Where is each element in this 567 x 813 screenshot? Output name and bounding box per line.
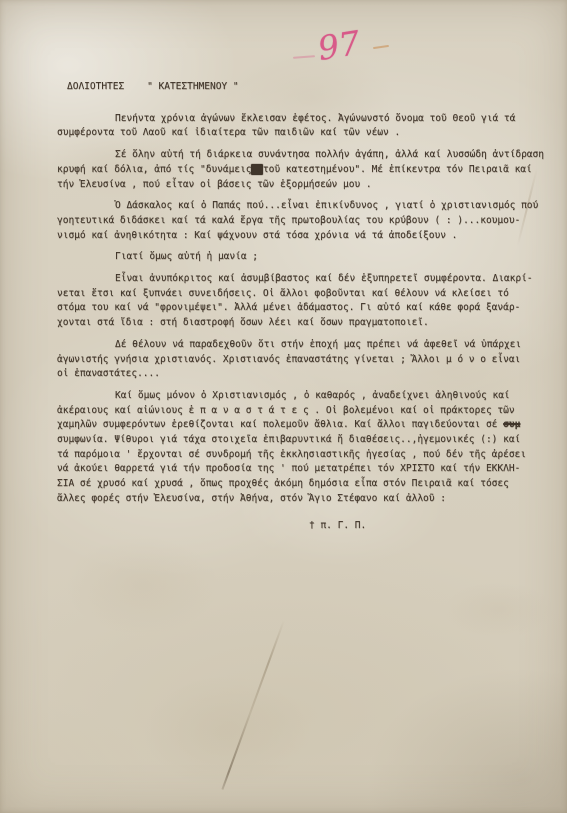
text-segment: ἀκέραιους καί αἰώνιους ἐ π α ν α σ τ ά τ…	[57, 405, 515, 416]
document-title: ΔΟΛΙΟΤΗΤΕΣ " ΚΑΤΕΣΤΗΜΕΝΟΥ "	[57, 80, 549, 95]
text-segment: οἱ ἐπαναστάτες....	[57, 368, 160, 379]
paragraph: Ὁ Δάσκαλος καί ὁ Παπάς πού...εἶναι ἐπικί…	[57, 199, 549, 243]
text-line: Καί ὅμως μόνον ὁ Χριστιανισμός , ὁ καθαρ…	[57, 389, 549, 404]
text-line: Γιατί ὅμως αὐτή ἡ μανία ;	[57, 250, 549, 265]
text-segment: ἀγωνιστής γνήσια χριστιανός. Χριστιανός …	[57, 354, 520, 365]
typewritten-text-block: ΔΟΛΙΟΤΗΤΕΣ " ΚΑΤΕΣΤΗΜΕΝΟΥ " Πενήντα χρόν…	[57, 80, 549, 533]
text-segment: Σέ ὅλην αὐτή τή διάρκεια συνάντησα πολλή…	[115, 149, 544, 160]
paragraph: Γιατί ὅμως αὐτή ἡ μανία ;	[57, 250, 549, 265]
text-segment: στόμα του καί νά "φρονιμέψει". Ἀλλά μένε…	[57, 302, 520, 313]
text-segment: γοητευτικά διδάσκει καί τά καλά ἔργα τῆς…	[57, 215, 520, 226]
text-line: χονται στά ἴδια : στή διαστροφή ὅσων λέε…	[57, 316, 549, 331]
text-line: Πενήντα χρόνια ἀγώνων ἔκλεισαν ἐφέτος. Ἀ…	[57, 112, 549, 127]
text-line: χαμηλῶν συμφερόντων ἐρεθίζονται καί πολε…	[57, 418, 549, 433]
text-segment: Γιατί ὅμως αὐτή ἡ μανία ;	[115, 251, 258, 262]
text-segment: τήν Ἐλευσίνα , πού εἶταν οἱ βάσεις τῶν ἐ…	[57, 179, 372, 190]
corrected-text-segment: συμ	[503, 419, 520, 430]
text-segment: ΣΙΑ σέ χρυσό καί χρυσά , ὅπως προχθές ἀκ…	[57, 478, 509, 489]
text-segment: Καί ὅμως μόνον ὁ Χριστιανισμός , ὁ καθαρ…	[115, 390, 510, 401]
text-segment: συμφέροντα τοῦ Λαοῦ καί ἰδιαίτερα τῶν πα…	[57, 127, 400, 138]
text-segment: τά παρόμοια ' ἔρχονται σέ συνδρομή τῆς ἐ…	[57, 449, 526, 460]
text-line: Δέ θέλουν νά παραδεχθοῦν ὅτι στήν ἐποχή …	[57, 338, 549, 353]
paragraph: Εἶναι ἀνυπόκριτος καί ἀσυμβίβαστος καί δ…	[57, 272, 549, 331]
text-line: συμφωνία. Ψίθυροι γιά τάχα στοιχεῖα ἐπιβ…	[57, 433, 549, 448]
corrected-text-segment	[251, 164, 262, 175]
paragraph: Σέ ὅλην αὐτή τή διάρκεια συνάντησα πολλή…	[57, 148, 549, 192]
text-line: στόμα του καί νά "φρονιμέψει". Ἀλλά μένε…	[57, 301, 549, 316]
text-segment: Ὁ Δάσκαλος καί ὁ Παπάς πού...εἶναι ἐπικί…	[115, 200, 538, 211]
document-body: Πενήντα χρόνια ἀγώνων ἔκλεισαν ἐφέτος. Ἀ…	[57, 112, 549, 507]
text-segment: ἄλλες φορές στήν Ἐλευσίνα, στήν Ἀθήνα, σ…	[57, 493, 446, 504]
text-line: Εἶναι ἀνυπόκριτος καί ἀσυμβίβαστος καί δ…	[57, 272, 549, 287]
text-line: Σέ ὅλην αὐτή τή διάρκεια συνάντησα πολλή…	[57, 148, 549, 163]
text-line: ἀκέραιους καί αἰώνιους ἐ π α ν α σ τ ά τ…	[57, 404, 549, 419]
text-segment: νισμό καί ἀνηθικότητα : Καί ψάχνουν στά …	[57, 230, 457, 241]
text-segment: συμφωνία. Ψίθυροι γιά τάχα στοιχεῖα ἐπιβ…	[57, 434, 520, 445]
text-line: ἄλλες φορές στήν Ἐλευσίνα, στήν Ἀθήνα, σ…	[57, 492, 549, 507]
text-segment: κρυφή καί δόλια, ἀπό τίς "δυνάμεις	[57, 164, 251, 175]
text-line: νισμό καί ἀνηθικότητα : Καί ψάχνουν στά …	[57, 229, 549, 244]
text-line: κρυφή καί δόλια, ἀπό τίς "δυνάμεις τοῦ κ…	[57, 163, 549, 178]
scanned-document-page: 97 ΔΟΛΙΟΤΗΤΕΣ " ΚΑΤΕΣΤΗΜΕΝΟΥ " Πενήντα χ…	[0, 0, 567, 813]
paragraph: Δέ θέλουν νά παραδεχθοῦν ὅτι στήν ἐποχή …	[57, 338, 549, 382]
annotation-dash-right	[373, 45, 389, 49]
paragraph: Πενήντα χρόνια ἀγώνων ἔκλεισαν ἐφέτος. Ἀ…	[57, 112, 549, 141]
paragraph: Καί ὅμως μόνον ὁ Χριστιανισμός , ὁ καθαρ…	[57, 389, 549, 507]
text-segment: χονται στά ἴδια : στή διαστροφή ὅσων λέε…	[57, 317, 429, 328]
paper-crease-bottom	[221, 620, 284, 790]
text-line: οἱ ἐπαναστάτες....	[57, 367, 549, 382]
text-line: συμφέροντα τοῦ Λαοῦ καί ἰδιαίτερα τῶν πα…	[57, 126, 549, 141]
text-line: νά ἀκούει θαρρετά γιά τήν προδοσία της '…	[57, 462, 549, 477]
text-segment: Πενήντα χρόνια ἀγώνων ἔκλεισαν ἐφέτος. Ἀ…	[115, 113, 515, 124]
text-line: ΣΙΑ σέ χρυσό καί χρυσά , ὅπως προχθές ἀκ…	[57, 477, 549, 492]
text-segment: Εἶναι ἀνυπόκριτος καί ἀσυμβίβαστος καί δ…	[115, 273, 533, 284]
text-segment: χαμηλῶν συμφερόντων ἐρεθίζονται καί πολε…	[57, 419, 503, 430]
text-line: τά παρόμοια ' ἔρχονται σέ συνδρομή τῆς ἐ…	[57, 448, 549, 463]
text-segment: νεται ἔτσι καί ξυπνάει συνειδήσεις. Οἱ ἄ…	[57, 288, 509, 299]
text-line: ἀγωνιστής γνήσια χριστιανός. Χριστιανός …	[57, 353, 549, 368]
annotation-dash-left	[293, 55, 315, 59]
text-segment: τοῦ κατεστημένου". Μέ ἐπίκεντρα τόν Πειρ…	[263, 164, 532, 175]
text-segment: Δέ θέλουν νά παραδεχθοῦν ὅτι στήν ἐποχή …	[115, 339, 521, 350]
text-line: τήν Ἐλευσίνα , πού εἶταν οἱ βάσεις τῶν ἐ…	[57, 178, 549, 193]
text-line: γοητευτικά διδάσκει καί τά καλά ἔργα τῆς…	[57, 214, 549, 229]
signature: † π. Γ. Π.	[57, 519, 549, 534]
text-segment: νά ἀκούει θαρρετά γιά τήν προδοσία της '…	[57, 463, 520, 474]
text-line: Ὁ Δάσκαλος καί ὁ Παπάς πού...εἶναι ἐπικί…	[57, 199, 549, 214]
text-line: νεται ἔτσι καί ξυπνάει συνειδήσεις. Οἱ ἄ…	[57, 287, 549, 302]
handwritten-page-number: 97	[315, 23, 363, 68]
